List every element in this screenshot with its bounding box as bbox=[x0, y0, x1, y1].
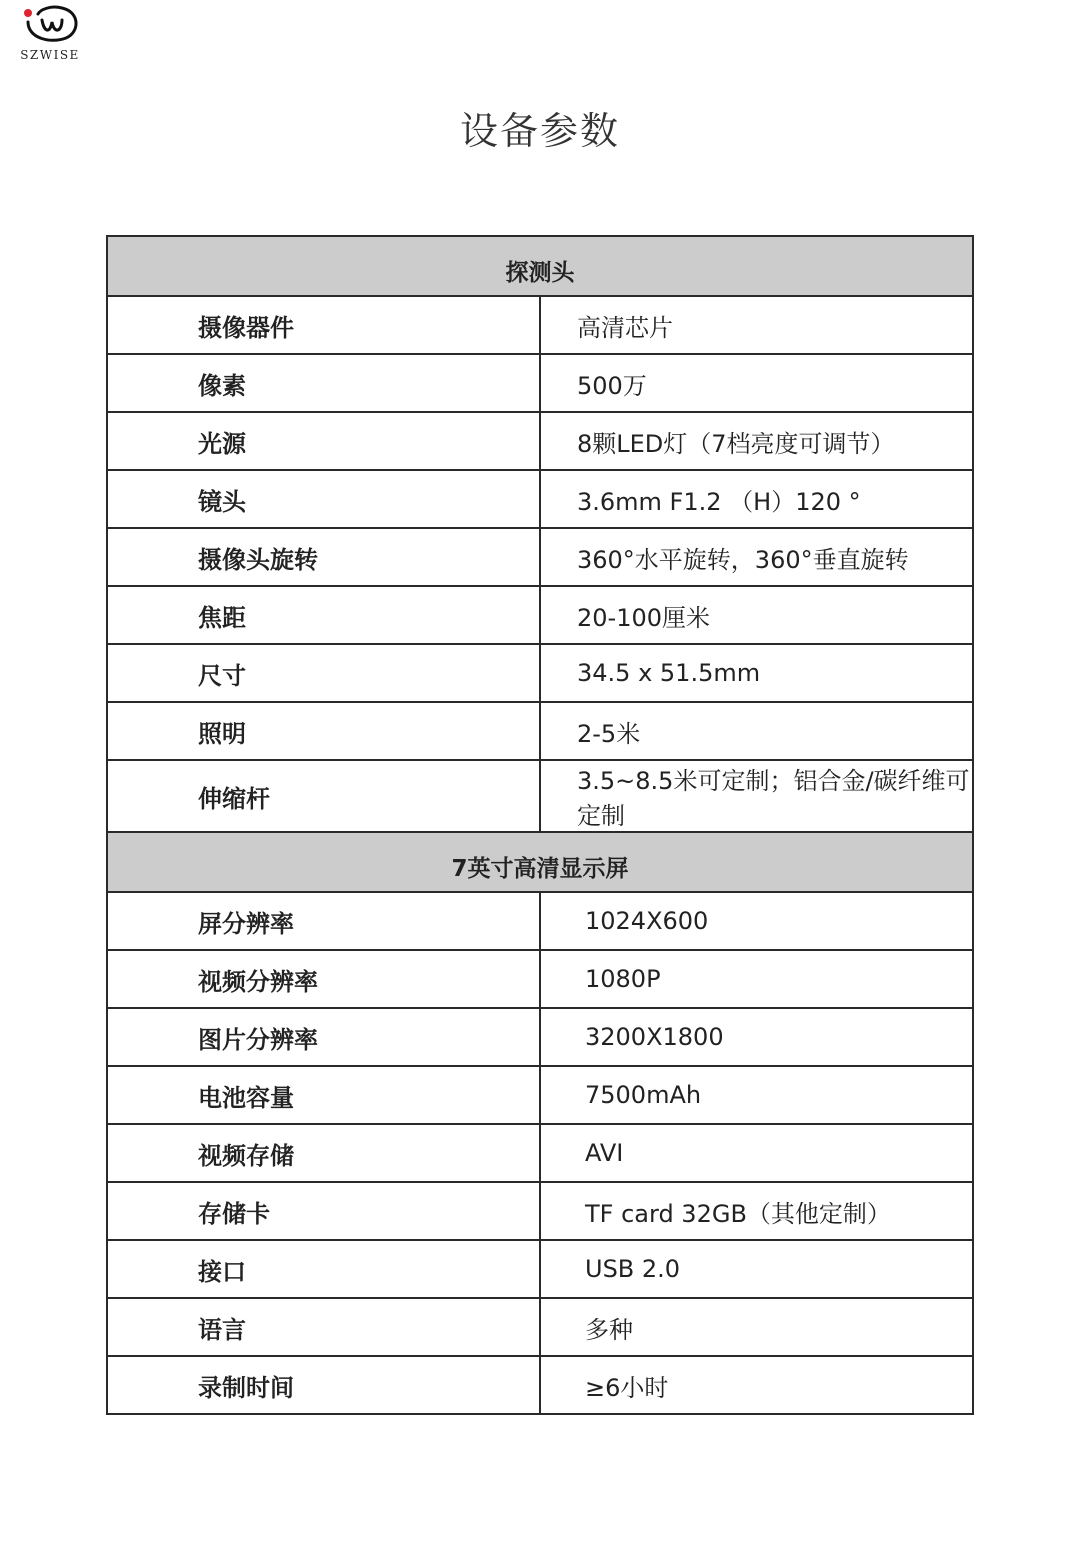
szwise-logo-icon bbox=[20, 4, 80, 44]
spec-table: 探测头 摄像器件高清芯片 像素500万 光源8颗LED灯（7档亮度可调节） 镜头… bbox=[106, 235, 974, 1415]
section-title: 探测头 bbox=[107, 236, 973, 296]
table-row: 电池容量7500mAh bbox=[107, 1066, 973, 1124]
spec-value: 3.6mm F1.2 （H）120 ° bbox=[540, 470, 973, 528]
page-title: 设备参数 bbox=[0, 100, 1080, 155]
spec-value: 7500mAh bbox=[540, 1066, 973, 1124]
table-row: 屏分辨率1024X600 bbox=[107, 892, 973, 950]
spec-label: 摄像头旋转 bbox=[107, 528, 540, 586]
spec-label: 视频存储 bbox=[107, 1124, 540, 1182]
spec-label: 接口 bbox=[107, 1240, 540, 1298]
table-row: 照明2-5米 bbox=[107, 702, 973, 760]
table-row: 视频分辨率1080P bbox=[107, 950, 973, 1008]
spec-value: 多种 bbox=[540, 1298, 973, 1356]
table-row: 像素500万 bbox=[107, 354, 973, 412]
brand-logo: SZWISE bbox=[14, 4, 86, 62]
spec-label: 录制时间 bbox=[107, 1356, 540, 1414]
spec-value: 2-5米 bbox=[540, 702, 973, 760]
table-row: 图片分辨率3200X1800 bbox=[107, 1008, 973, 1066]
spec-label: 伸缩杆 bbox=[107, 760, 540, 832]
table-row: 伸缩杆3.5~8.5米可定制；铝合金/碳纤维可定制 bbox=[107, 760, 973, 832]
table-row: 摄像器件高清芯片 bbox=[107, 296, 973, 354]
section-header-display: 7英寸高清显示屏 bbox=[107, 832, 973, 892]
spec-value: 20-100厘米 bbox=[540, 586, 973, 644]
spec-value: 360°水平旋转，360°垂直旋转 bbox=[540, 528, 973, 586]
spec-label: 尺寸 bbox=[107, 644, 540, 702]
table-row: 光源8颗LED灯（7档亮度可调节） bbox=[107, 412, 973, 470]
spec-value: AVI bbox=[540, 1124, 973, 1182]
spec-value: 3200X1800 bbox=[540, 1008, 973, 1066]
spec-label: 照明 bbox=[107, 702, 540, 760]
table-row: 接口USB 2.0 bbox=[107, 1240, 973, 1298]
table-row: 存储卡TF card 32GB（其他定制） bbox=[107, 1182, 973, 1240]
spec-label: 摄像器件 bbox=[107, 296, 540, 354]
spec-value: ≥6小时 bbox=[540, 1356, 973, 1414]
spec-value: 34.5 x 51.5mm bbox=[540, 644, 973, 702]
spec-value: 500万 bbox=[540, 354, 973, 412]
spec-label: 像素 bbox=[107, 354, 540, 412]
brand-name: SZWISE bbox=[14, 48, 86, 62]
spec-label: 焦距 bbox=[107, 586, 540, 644]
table-row: 视频存储AVI bbox=[107, 1124, 973, 1182]
spec-label: 镜头 bbox=[107, 470, 540, 528]
spec-value: 1080P bbox=[540, 950, 973, 1008]
section-title: 7英寸高清显示屏 bbox=[107, 832, 973, 892]
spec-value: 1024X600 bbox=[540, 892, 973, 950]
spec-label: 语言 bbox=[107, 1298, 540, 1356]
table-row: 尺寸34.5 x 51.5mm bbox=[107, 644, 973, 702]
table-row: 镜头3.6mm F1.2 （H）120 ° bbox=[107, 470, 973, 528]
spec-value: 3.5~8.5米可定制；铝合金/碳纤维可定制 bbox=[540, 760, 973, 832]
table-row: 录制时间≥6小时 bbox=[107, 1356, 973, 1414]
spec-value: 8颗LED灯（7档亮度可调节） bbox=[540, 412, 973, 470]
table-row: 摄像头旋转360°水平旋转，360°垂直旋转 bbox=[107, 528, 973, 586]
spec-label: 电池容量 bbox=[107, 1066, 540, 1124]
table-row: 焦距20-100厘米 bbox=[107, 586, 973, 644]
spec-label: 图片分辨率 bbox=[107, 1008, 540, 1066]
spec-label: 存储卡 bbox=[107, 1182, 540, 1240]
section-header-probe: 探测头 bbox=[107, 236, 973, 296]
spec-label: 视频分辨率 bbox=[107, 950, 540, 1008]
spec-value: 高清芯片 bbox=[540, 296, 973, 354]
spec-value: TF card 32GB（其他定制） bbox=[540, 1182, 973, 1240]
spec-label: 光源 bbox=[107, 412, 540, 470]
spec-value: USB 2.0 bbox=[540, 1240, 973, 1298]
spec-label: 屏分辨率 bbox=[107, 892, 540, 950]
table-row: 语言多种 bbox=[107, 1298, 973, 1356]
